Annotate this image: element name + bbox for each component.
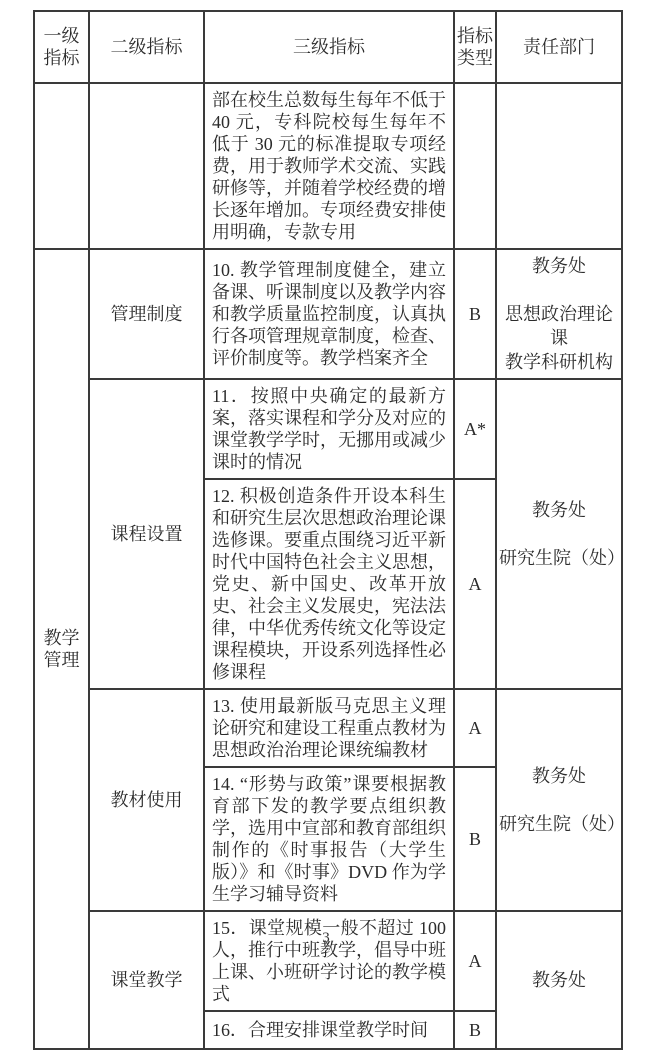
item-12-text: 12. 积极创造条件开设本科生和研究生层次思想政治理论课选修课。要重点围绕习近平… — [204, 479, 454, 689]
empty-cell — [89, 83, 204, 249]
item-13-text: 13. 使用最新版马克思主义理论研究和建设工程重点教材为思想政治治理论课统编教材 — [204, 689, 454, 767]
item-14-type: B — [454, 767, 496, 911]
carryover-text-cell: 部在校生总数每生每年不低于 40 元，专科院校每生每年不低于 30 元的标准提取… — [204, 83, 454, 249]
carryover-row: 部在校生总数每生每年不低于 40 元，专科院校每生每年不低于 30 元的标准提取… — [34, 83, 622, 249]
item-10-text: 10. 教学管理制度健全，建立备课、听课制度以及教学内容和教学质量监控制度，认真… — [204, 249, 454, 379]
item-15-type: A — [454, 911, 496, 1011]
item-11-type: A* — [454, 379, 496, 479]
header-level3-indicator: 三级指标 — [204, 11, 454, 83]
items-13-14-dept: 教务处 研究生院（处） — [496, 689, 622, 911]
row-item-10: 教学 管理 管理制度 10. 教学管理制度健全，建立备课、听课制度以及教学内容和… — [34, 249, 622, 379]
level1-cell-teaching-management: 教学 管理 — [34, 249, 89, 1049]
item-14-text: 14. “形势与政策”课要根据教育部下发的教学要点组织教学，选用中宣部和教育部组… — [204, 767, 454, 911]
row-item-11: 课程设置 11．按照中央确定的最新方案，落实课程和学分及对应的课堂教学学时，无挪… — [34, 379, 622, 479]
level2-cell-management-system: 管理制度 — [89, 249, 204, 379]
item-11-text: 11．按照中央确定的最新方案，落实课程和学分及对应的课堂教学学时，无挪用或减少课… — [204, 379, 454, 479]
item-13-type: A — [454, 689, 496, 767]
item-16-type: B — [454, 1011, 496, 1049]
table-header-row: 一级 指标 二级指标 三级指标 指标 类型 责任部门 — [34, 11, 622, 83]
item-10-dept: 教务处 思想政治理论课 教学科研机构 — [496, 249, 622, 379]
row-item-15: 课堂教学 15．课堂规模一般不超过 100 人，推行中班教学，倡导中班上课、小班… — [34, 911, 622, 1011]
indicator-table: 一级 指标 二级指标 三级指标 指标 类型 责任部门 部在校生总数每生每年不低于… — [33, 10, 623, 1050]
level2-cell-textbook-use: 教材使用 — [89, 689, 204, 911]
row-item-13: 教材使用 13. 使用最新版马克思主义理论研究和建设工程重点教材为思想政治治理论… — [34, 689, 622, 767]
page-number: 3 — [0, 930, 652, 947]
empty-cell — [496, 83, 622, 249]
header-responsible-dept: 责任部门 — [496, 11, 622, 83]
header-level2-indicator: 二级指标 — [89, 11, 204, 83]
level2-cell-course-setup: 课程设置 — [89, 379, 204, 689]
item-16-text: 16．合理安排课堂教学时间 — [204, 1011, 454, 1049]
item-10-type: B — [454, 249, 496, 379]
header-indicator-type: 指标 类型 — [454, 11, 496, 83]
items-11-12-dept: 教务处 研究生院（处） — [496, 379, 622, 689]
empty-cell — [454, 83, 496, 249]
empty-cell — [34, 83, 89, 249]
item-15-text: 15．课堂规模一般不超过 100 人，推行中班教学，倡导中班上课、小班研学讨论的… — [204, 911, 454, 1011]
header-level1-indicator: 一级 指标 — [34, 11, 89, 83]
item-12-type: A — [454, 479, 496, 689]
document-page: 一级 指标 二级指标 三级指标 指标 类型 责任部门 部在校生总数每生每年不低于… — [0, 0, 652, 964]
